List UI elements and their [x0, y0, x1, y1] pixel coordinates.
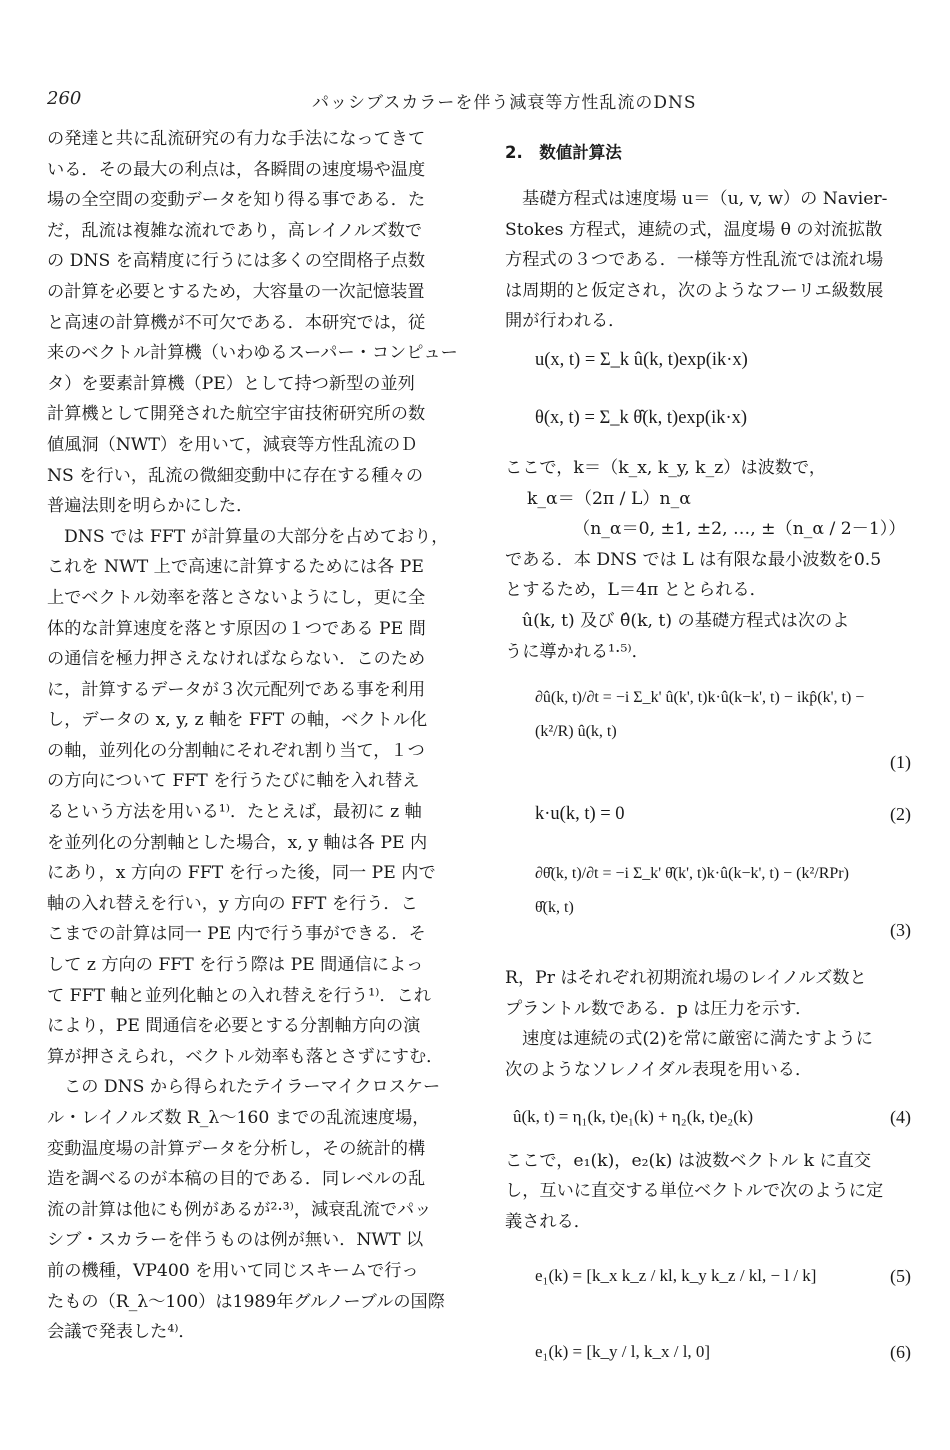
text-line: にあり，x 方向の FFT を行った後，同一 PE 内で	[47, 858, 472, 889]
text-line: R，Pr はそれぞれ初期流れ場のレイノルズ数と	[505, 963, 915, 994]
text-line: 次のようなソレノイダル表現を用いる．	[505, 1055, 915, 1086]
equation-number: (6)	[890, 1337, 911, 1368]
text-line: の軸，並列化の分割軸にそれぞれ割り当て，１つ	[47, 736, 472, 767]
text-line: るという方法を用いる¹⁾．たとえば，最初に z 軸	[47, 797, 472, 828]
text-line: 会議で発表した⁴⁾．	[47, 1317, 472, 1348]
equation-text: ∂θ̂(k, t)/∂t = −i Σ_k' θ̂(k', t)k·û(k−k'…	[535, 857, 865, 925]
text-line: して z 方向の FFT を行う際は PE 間通信によっ	[47, 950, 472, 981]
text-line: ここで，k＝（k_x, k_y, k_z）は波数で，	[505, 453, 915, 484]
equation-text: θ(x, t) = Σ_k θ̂(k, t)exp(ik·x)	[535, 403, 747, 434]
text-line: の DNS を高精度に行うには多くの空間格子点数	[47, 246, 472, 277]
equation-4: û(k, t) = η₁(k, t)e₁(k) + η₂(k, t)e₂(k) …	[505, 1086, 915, 1146]
text-line: により，PE 間通信を必要とする分割軸方向の演	[47, 1011, 472, 1042]
text-line: これを NWT 上で高速に計算するためには各 PE	[47, 552, 472, 583]
equation-number: (2)	[890, 799, 911, 830]
equation-text: û(k, t) = η₁(k, t)e₁(k) + η₂(k, t)e₂(k)	[513, 1102, 753, 1133]
equation-text: e₁(k) = [k_x k_z / kl, k_y k_z / kl, − l…	[535, 1261, 816, 1292]
text-line: タ）を要素計算機（PE）として持つ新型の並列	[47, 369, 472, 400]
paragraph-start: û(k, t) 及び θ̂(k, t) の基礎方程式は次のよ	[505, 606, 915, 637]
equation-number: (4)	[890, 1102, 911, 1133]
text-line: Stokes 方程式，連続の式，温度場 θ の対流拡散	[505, 215, 915, 246]
text-line: の計算を必要とするため，大容量の一次記憶装置	[47, 277, 472, 308]
text-line: 変動温度場の計算データを分析し，その統計的構	[47, 1134, 472, 1165]
text-line: は周期的と仮定され，次のようなフーリエ級数展	[505, 276, 915, 307]
equation-5: e₁(k) = [k_x k_z / kl, k_y k_z / kl, − l…	[505, 1237, 915, 1317]
text-line: の通信を極力押さえなければならない．このため	[47, 644, 472, 675]
text-line: に，計算するデータが３次元配列である事を利用	[47, 675, 472, 706]
text-line: 計算機として開発された航空宇宙技術研究所の数	[47, 399, 472, 430]
text-line: 軸の入れ替えを行い，y 方向の FFT を行う．こ	[47, 889, 472, 920]
equation-theta-fourier: θ(x, t) = Σ_k θ̂(k, t)exp(ik·x)	[505, 395, 915, 453]
equation-inline: （n_α＝0, ±1, ±2, …, ±（n_α / 2－1））	[505, 514, 915, 545]
text-line: し，データの x, y, z 軸を FFT の軸，ベクトル化	[47, 705, 472, 736]
text-line: 普遍法則を明らかにした．	[47, 491, 472, 522]
text-line: ここで，e₁(k)，e₂(k) は波数ベクトル k に直交	[505, 1146, 915, 1177]
paragraph-start: 速度は連続の式(2)を常に厳密に満たすように	[505, 1024, 915, 1055]
paragraph-start: 基礎方程式は速度場 u＝（u, v, w）の Navier-	[505, 184, 915, 215]
text-line: 義される．	[505, 1207, 915, 1238]
text-line: である．本 DNS では L は有限な最小波数を0.5	[505, 545, 915, 576]
text-line: て FFT 軸と並列化軸との入れ替えを行う¹⁾．これ	[47, 981, 472, 1012]
text-line: こまでの計算は同一 PE 内で行う事ができる．そ	[47, 919, 472, 950]
text-line: と高速の計算機が不可欠である．本研究では，従	[47, 308, 472, 339]
text-line: の発達と共に乱流研究の有力な手法になってきて	[47, 124, 472, 155]
section-heading: 2. 数値計算法	[505, 138, 915, 168]
equation-1: ∂û(k, t)/∂t = −i Σ_k' û(k', t)k·û(k−k', …	[505, 667, 915, 795]
paragraph-start: この DNS から得られたテイラーマイクロスケー	[47, 1072, 472, 1103]
text-line: を並列化の分割軸とした場合，x, y 軸は各 PE 内	[47, 828, 472, 859]
equation-text: k·u(k, t) = 0	[535, 799, 625, 830]
text-line: たもの（R_λ～100）は1989年グルノーブルの国際	[47, 1287, 472, 1318]
right-column: 2. 数値計算法 基礎方程式は速度場 u＝（u, v, w）の Navier- …	[505, 124, 915, 1387]
text-line: うに導かれる¹·⁵⁾．	[505, 637, 915, 668]
text-line: 流の計算は他にも例があるが²·³⁾，減衰乱流でパッ	[47, 1195, 472, 1226]
text-line: の方向について FFT を行うたびに軸を入れ替え	[47, 766, 472, 797]
equation-inline: k_α＝（2π / L）n_α	[505, 484, 915, 515]
equation-2: k·u(k, t) = 0 (2)	[505, 795, 915, 843]
text-line: いる．その最大の利点は，各瞬間の速度場や温度	[47, 155, 472, 186]
text-line: 方程式の３つである．一様等方性乱流では流れ場	[505, 245, 915, 276]
equation-number: (1)	[890, 747, 911, 778]
text-line: 値風洞（NWT）を用いて，減衰等方性乱流のＤ	[47, 430, 472, 461]
equation-3: ∂θ̂(k, t)/∂t = −i Σ_k' θ̂(k', t)k·û(k−k'…	[505, 843, 915, 963]
equation-text: e₁(k) = [k_y / l, k_x / l, 0]	[535, 1337, 710, 1368]
text-line: 来のベクトル計算機（いわゆるスーパー・コンピュー	[47, 338, 472, 369]
equation-number: (5)	[890, 1261, 911, 1292]
text-line: 造を調べるのが本稿の目的である．同レベルの乱	[47, 1164, 472, 1195]
equation-number: (3)	[890, 915, 911, 946]
text-line: 開が行われる．	[505, 306, 915, 337]
left-column: の発達と共に乱流研究の有力な手法になってきて いる．その最大の利点は，各瞬間の速…	[47, 124, 472, 1348]
equation-u-fourier: u(x, t) = Σ_k û(k, t)exp(ik·x)	[505, 337, 915, 395]
equation-text: ∂û(k, t)/∂t = −i Σ_k' û(k', t)k·û(k−k', …	[535, 681, 865, 749]
text-line: プラントル数である．p は圧力を示す．	[505, 994, 915, 1025]
text-line: ル・レイノルズ数 R_λ～160 までの乱流速度場，	[47, 1103, 472, 1134]
text-line: 前の機種，VP400 を用いて同じスキームで行っ	[47, 1256, 472, 1287]
paragraph-start: DNS では FFT が計算量の大部分を占めており，	[47, 522, 472, 553]
text-line: 場の全空間の変動データを知り得る事である．た	[47, 185, 472, 216]
text-line: 体的な計算速度を落とす原因の１つである PE 間	[47, 614, 472, 645]
running-title: パッシブスカラーを伴う減衰等方性乱流のDNS	[312, 88, 696, 113]
equation-6: e₁(k) = [k_y / l, k_x / l, 0] (6)	[505, 1317, 915, 1387]
page-number: 260	[47, 88, 81, 109]
text-line: NS を行い，乱流の微細変動中に存在する種々の	[47, 461, 472, 492]
text-line: シブ・スカラーを伴うものは例が無い．NWT 以	[47, 1225, 472, 1256]
text-line: 上でベクトル効率を落とさないようにし，更に全	[47, 583, 472, 614]
text-line: 算が押さえられ，ベクトル効率も落とさずにすむ．	[47, 1042, 472, 1073]
equation-text: u(x, t) = Σ_k û(k, t)exp(ik·x)	[535, 345, 748, 376]
text-line: とするため，L＝4π ととられる．	[505, 575, 915, 606]
text-line: だ，乱流は複雑な流れであり，高レイノルズ数で	[47, 216, 472, 247]
text-line: し，互いに直交する単位ベクトルで次のように定	[505, 1176, 915, 1207]
